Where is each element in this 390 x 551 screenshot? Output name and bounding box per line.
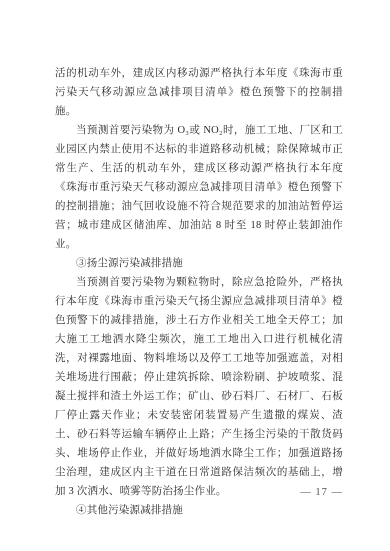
heading-other-source-measures: ④其他污染源减排措施	[55, 501, 343, 520]
document-body: 活的机动车外，建成区内移动源严格执行本年度《珠海市重污染天气移动源应急减排项目清…	[55, 64, 343, 520]
page-number: — 17 —	[55, 487, 343, 498]
document-page: 活的机动车外，建成区内移动源严格执行本年度《珠海市重污染天气移动源应急减排项目清…	[0, 0, 390, 551]
paragraph-continuation: 活的机动车外，建成区内移动源严格执行本年度《珠海市重污染天气移动源应急减排项目清…	[55, 64, 343, 121]
paragraph-dust-source-measures: 当预测首要污染物为颗粒物时，除应急抢险外，严格执行本年度《珠海市重污染天气扬尘源…	[55, 273, 343, 501]
paragraph-mobile-source-measures: 当预测首要污染物为 O₃或 NO₂时，施工工地、厂区和工业园区内禁止使用不达标的…	[55, 121, 343, 254]
heading-dust-source-measures: ③扬尘源污染减排措施	[55, 254, 343, 273]
